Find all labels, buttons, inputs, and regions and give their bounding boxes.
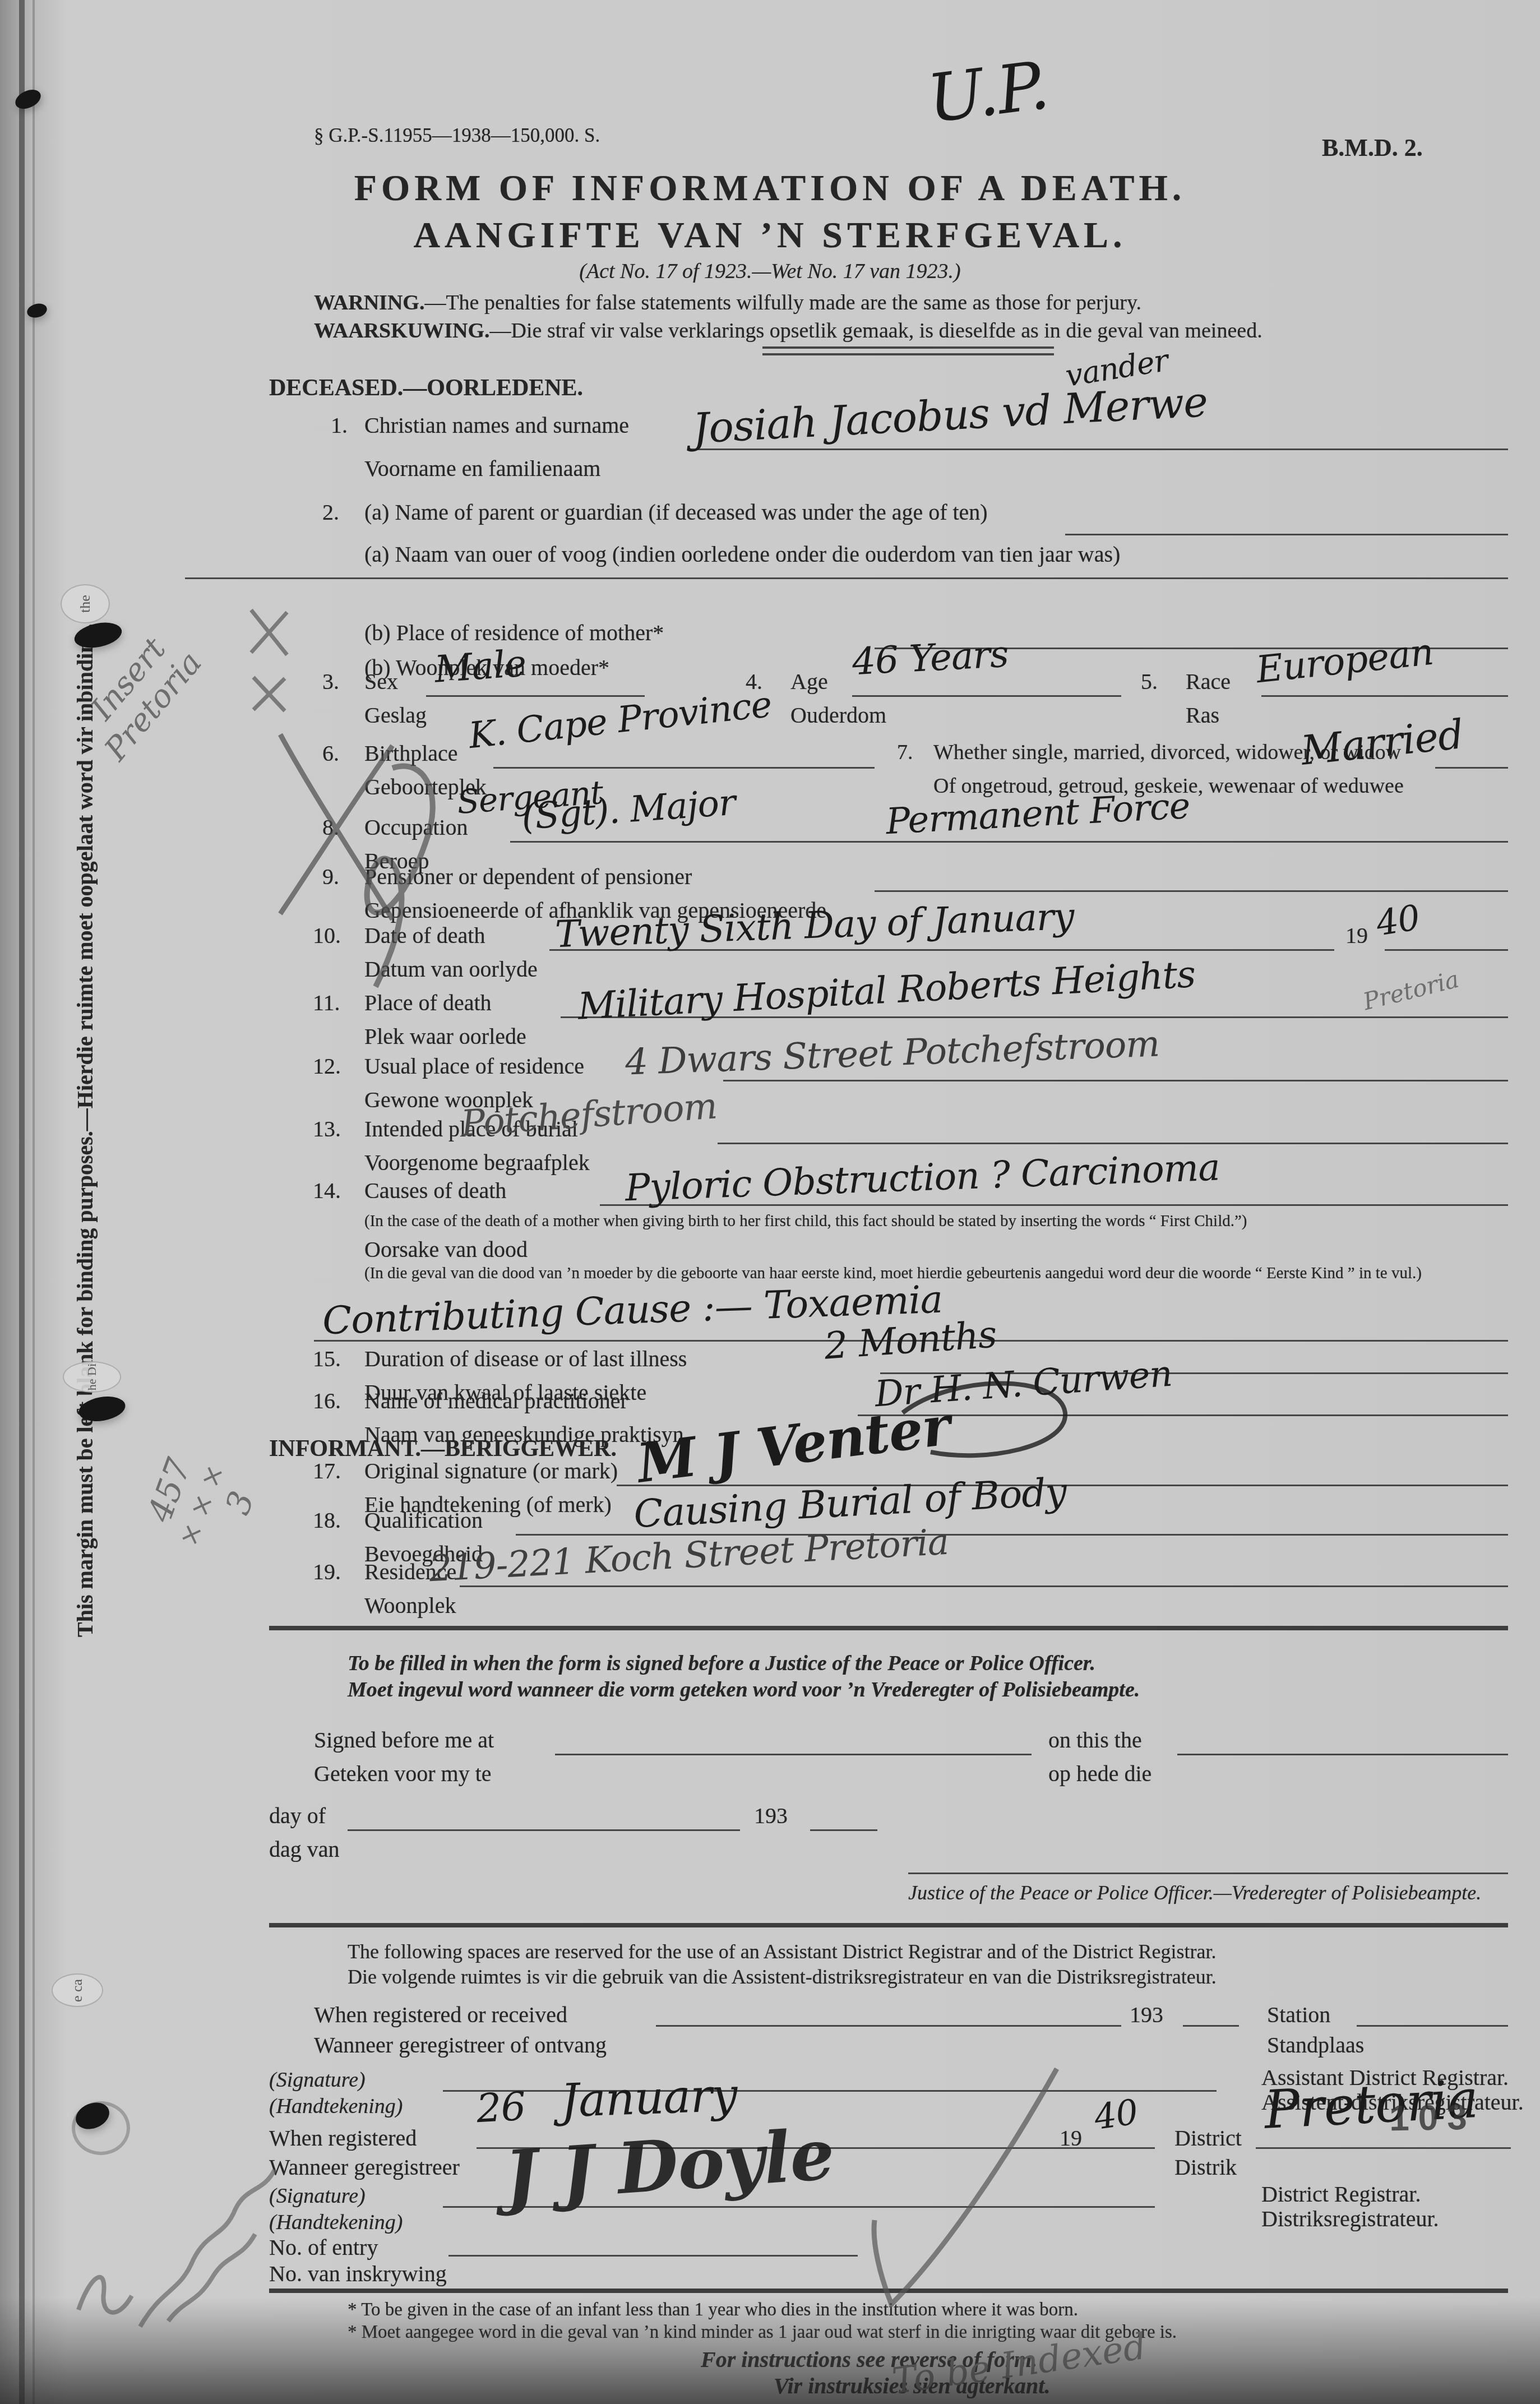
entry-no-underline xyxy=(448,2255,858,2257)
paper-fragment-me-he-di: he Di xyxy=(63,1361,121,1393)
pencil-x-mark-upper xyxy=(251,610,287,655)
item13-number: 13. xyxy=(313,1116,341,1142)
item2-extra-line xyxy=(185,577,1508,579)
jp-instruction-af: Moet ingevul word wanneer die vorm getek… xyxy=(348,1677,1140,1702)
item16-label-en: Name of medical practitioner xyxy=(364,1388,628,1414)
signed-before-label-af: Geteken voor my te xyxy=(314,1760,492,1787)
edge-mark-upper xyxy=(26,302,49,320)
paper-fragment-the: the xyxy=(61,584,110,623)
page-spine-edge xyxy=(19,0,25,2404)
day-of-label-en: day of xyxy=(269,1802,326,1829)
paper-fragment-text: he Di xyxy=(85,1363,99,1390)
header-divider-top xyxy=(762,346,1054,349)
section-divider-jp xyxy=(269,1923,1508,1927)
when-received-year-underline xyxy=(1183,2025,1239,2027)
pencil-x-mark-lower xyxy=(253,677,285,711)
item3-label-en: Sex xyxy=(364,668,398,695)
item6-label-en: Birthplace xyxy=(364,740,458,766)
item2a-label-en: (a) Name of parent or guardian (if decea… xyxy=(364,499,988,525)
district-label-en: District xyxy=(1174,2125,1242,2151)
jp-signature-underline xyxy=(908,1873,1508,1874)
item2a-underline xyxy=(1065,534,1508,535)
warning-label-af: WAARSKUWING. xyxy=(314,319,490,343)
dr-signature-label-en: (Signature) xyxy=(269,2184,366,2208)
station-label-en: Station xyxy=(1267,2001,1330,2028)
when-registered-year-prefix: 19 xyxy=(1060,2125,1082,2151)
station-label-af: Standplaas xyxy=(1267,2032,1364,2058)
when-received-label-af: Wanneer geregistreer of ontvang xyxy=(314,2032,607,2058)
item6-underline xyxy=(493,767,875,769)
item5-label-en: Race xyxy=(1186,668,1231,695)
warning-text-af: —Die straf vir valse verklarings opsetli… xyxy=(490,319,1262,343)
item11-number: 11. xyxy=(313,990,340,1016)
item18-label-en: Qualification xyxy=(364,1507,483,1533)
item18-number: 18. xyxy=(313,1507,341,1533)
warning-label-en: WARNING. xyxy=(314,291,424,315)
paper-fragment-eca: e ca xyxy=(52,1973,103,2007)
item17-number: 17. xyxy=(313,1458,341,1484)
adr-signature-label-af: (Handtekening) xyxy=(269,2094,403,2119)
item10-year-prefix: 19 xyxy=(1345,922,1368,949)
when-received-year-prefix: 193 xyxy=(1130,2001,1163,2028)
pencil-check-mark xyxy=(874,2069,1057,2304)
item14-value: Pyloric Obstruction ? Carcinoma xyxy=(625,1146,1220,1210)
item3-number: 3. xyxy=(322,668,339,695)
scan-bottom-shadow xyxy=(0,2297,1540,2404)
handwritten-up-mark: U.P. xyxy=(923,46,1052,137)
item13-underline xyxy=(718,1143,1508,1144)
when-registered-label-af: Wanneer geregistreer xyxy=(269,2154,460,2180)
item4-underline xyxy=(852,695,1121,697)
item14-label-en: Causes of death xyxy=(364,1177,506,1204)
item9-underline xyxy=(875,890,1508,892)
section-divider-bottom xyxy=(269,2289,1508,2293)
item11-label-en: Place of death xyxy=(364,990,492,1016)
jp-year-prefix: 193 xyxy=(754,1802,788,1829)
item10-label-en: Date of death xyxy=(364,922,485,949)
district-label-af: Distrik xyxy=(1174,2154,1237,2180)
adr-signature-underline xyxy=(443,2090,1217,2092)
reserved-note-en: The following spaces are reserved for th… xyxy=(348,1940,1217,1963)
item9-label-en: Pensioner or dependent of pensioner xyxy=(364,863,692,890)
item10-year-written: 40 xyxy=(1373,896,1422,944)
header-divider-bottom xyxy=(762,353,1054,355)
item10-year-underline xyxy=(1385,949,1508,951)
day-of-underline xyxy=(348,1829,740,1831)
dr-signature-underline xyxy=(443,2206,1155,2208)
jp-instruction-en: To be filled in when the form is signed … xyxy=(348,1651,1095,1676)
station-underline xyxy=(1357,2025,1508,2027)
section-heading-deceased: DECEASED.—OORLEDENE. xyxy=(269,375,583,401)
adr-signature-label-en: (Signature) xyxy=(269,2068,366,2092)
page-spine-crease xyxy=(33,0,35,2404)
on-this-label-en: on this the xyxy=(1048,1727,1142,1753)
item19-underline xyxy=(460,1585,1508,1587)
item10-label-af: Datum van oorlyde xyxy=(364,956,538,982)
item1-value: Josiah Jacobus vd Merwe xyxy=(691,378,1208,453)
when-received-underline xyxy=(656,2025,1121,2027)
item4-label-af: Ouderdom xyxy=(790,702,886,728)
print-reference: § G.P.-S.11955—1938—150,000. S. xyxy=(314,124,600,147)
form-title-afrikaans: AANGIFTE VAN ’N STERFGEVAL. xyxy=(0,214,1540,257)
signed-before-label-en: Signed before me at xyxy=(314,1727,494,1753)
item7-number: 7. xyxy=(897,740,913,765)
entry-no-label-af: No. van inskrywing xyxy=(269,2260,447,2287)
item10-number: 10. xyxy=(313,922,341,949)
item8-number: 8. xyxy=(322,814,339,840)
item3-underline xyxy=(426,695,645,697)
item12-underline xyxy=(723,1080,1508,1081)
dr-title-en: District Registrar. xyxy=(1261,2181,1421,2207)
reserved-note-af: Die volgende ruimtes is vir die gebruik … xyxy=(348,1965,1217,1989)
item8-underline xyxy=(510,841,1508,843)
district-registrar-signature: J J Doyle xyxy=(502,2114,837,2218)
item5-value: European xyxy=(1254,630,1435,692)
item1-label-en: Christian names and surname xyxy=(364,412,629,438)
item16-number: 16. xyxy=(313,1388,341,1414)
item14-note-en: (In the case of the death of a mother wh… xyxy=(364,1212,1247,1231)
warning-text-en: —The penalties for false statements wilf… xyxy=(424,291,1141,315)
form-title-english: FORM OF INFORMATION OF A DEATH. xyxy=(0,167,1540,210)
dr-title-af: Distriksregistrateur. xyxy=(1261,2206,1439,2232)
on-this-underline xyxy=(1177,1754,1508,1755)
item8-label-en: Occupation xyxy=(364,814,468,840)
when-received-label-en: When registered or received xyxy=(314,2001,567,2028)
item7-value: Married xyxy=(1298,710,1465,774)
item12-value: 4 Dwars Street Potchefstroom xyxy=(625,1023,1160,1083)
item11-pencil-addition: Pretoria xyxy=(1361,965,1462,1016)
item5-underline xyxy=(1261,695,1508,697)
item1-label-af: Voorname en familienaam xyxy=(364,455,600,482)
section-divider-informant xyxy=(269,1626,1508,1630)
margin-note-457: 457 × × × 3 xyxy=(140,1446,268,1551)
item4-label-en: Age xyxy=(790,668,828,695)
signed-before-underline xyxy=(555,1754,1032,1755)
when-registered-label-en: When registered xyxy=(269,2125,417,2151)
item2a-label-af: (a) Naam van ouer of voog (indien oorled… xyxy=(364,541,1120,567)
stamp-number: 103 xyxy=(1389,2096,1476,2139)
when-registered-day-value: 26 xyxy=(475,2083,526,2132)
death-registration-form-scan: § G.P.-S.11955—1938—150,000. S. U.P. B.M… xyxy=(0,0,1540,2404)
act-reference: (Act No. 17 of 1923.—Wet No. 17 van 1923… xyxy=(0,259,1540,284)
item11-label-af: Plek waar oorlede xyxy=(364,1023,526,1050)
district-underline xyxy=(1256,2147,1511,2149)
item19-label-af: Woonplek xyxy=(364,1592,456,1619)
item2-number: 2. xyxy=(322,499,339,525)
day-of-label-af: dag van xyxy=(269,1836,340,1862)
edge-mark-top xyxy=(12,86,44,112)
dr-signature-label-af: (Handtekening) xyxy=(269,2210,403,2235)
item15-label-en: Duration of disease or of last illness xyxy=(364,1346,687,1372)
item1-underline xyxy=(690,449,1508,450)
item13-label-af: Voorgenome begraafplek xyxy=(364,1149,590,1176)
entry-no-label-en: No. of entry xyxy=(269,2234,378,2260)
item12-number: 12. xyxy=(313,1053,341,1079)
item15-number: 15. xyxy=(313,1346,341,1372)
item12-label-en: Usual place of residence xyxy=(364,1053,584,1079)
item7-underline xyxy=(1435,767,1508,769)
item19-number: 19. xyxy=(313,1559,341,1585)
item14-label-af: Oorsake van dood xyxy=(364,1236,528,1263)
item6-number: 6. xyxy=(322,740,339,766)
form-code: B.M.D. 2. xyxy=(1322,133,1423,162)
item3-label-af: Geslag xyxy=(364,702,427,728)
binding-margin-notice: This margin must be left blank for bindi… xyxy=(72,605,98,1637)
item17-label-en: Original signature (or mark) xyxy=(364,1458,618,1484)
jp-year-underline xyxy=(810,1829,877,1831)
item5-number: 5. xyxy=(1141,668,1158,695)
item9-number: 9. xyxy=(322,863,339,890)
item4-value: 46 Years xyxy=(851,632,1009,683)
item5-label-af: Ras xyxy=(1186,702,1219,728)
item14-number: 14. xyxy=(313,1177,341,1204)
item8-value2: Permanent Force xyxy=(885,785,1191,843)
item16-underline xyxy=(858,1414,1508,1416)
when-registered-year-written: 40 xyxy=(1092,2091,1140,2138)
jp-signature-caption: Justice of the Peace or Police Officer.—… xyxy=(908,1881,1481,1904)
item3-value: Male xyxy=(433,641,528,691)
item1-number: 1. xyxy=(331,412,348,438)
when-registered-month-value: January xyxy=(559,2069,738,2128)
on-this-label-af: op hede die xyxy=(1048,1760,1151,1787)
